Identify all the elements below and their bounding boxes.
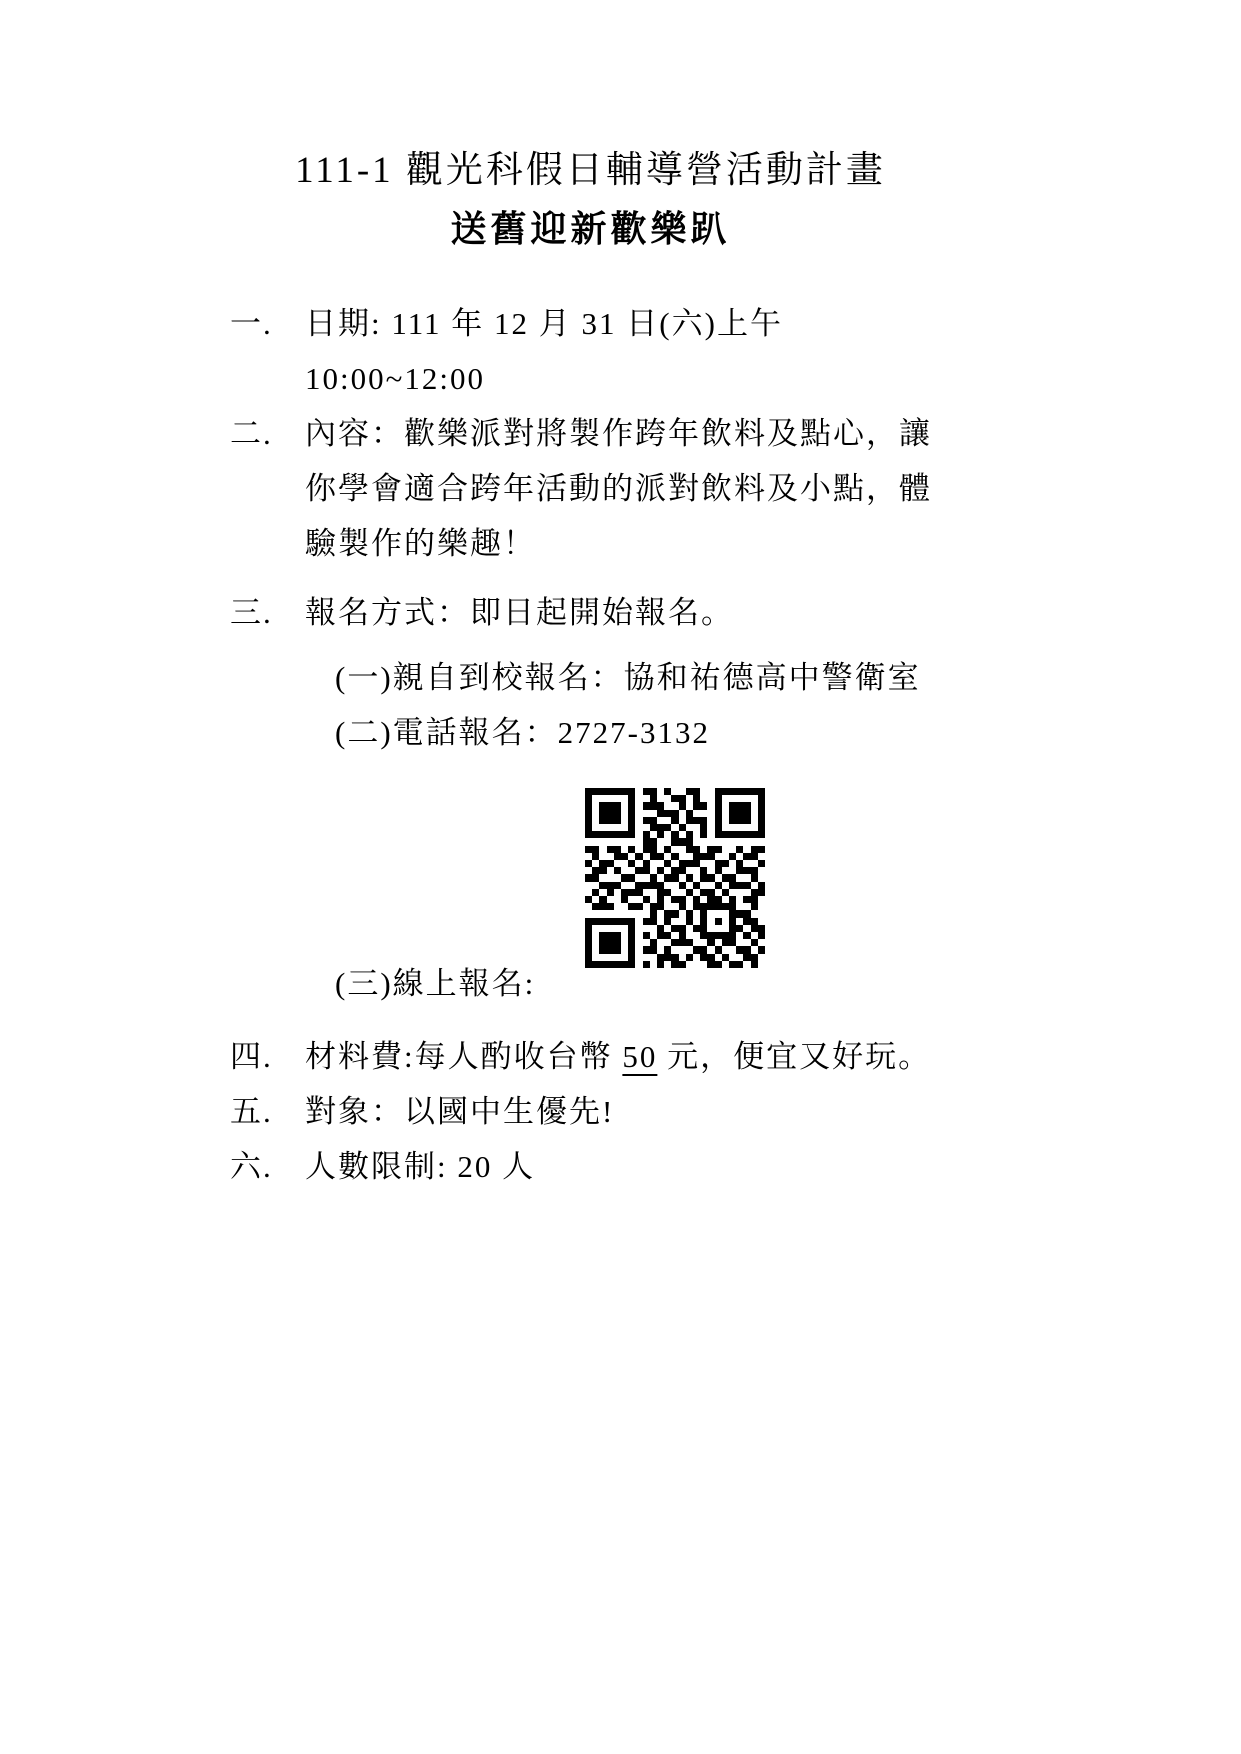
fee-amount: 50 bbox=[622, 1039, 657, 1074]
item-marker: 一. bbox=[230, 296, 305, 406]
list-item-headcount-limit: 六. 人數限制: 20 人 bbox=[230, 1139, 951, 1194]
list-item-registration: 三. 報名方式：即日起開始報名。 bbox=[230, 585, 951, 640]
list-item-material-fee: 四. 材料費:每人酌收台幣 50 元，便宜又好玩。 bbox=[230, 1029, 951, 1084]
item-text: 對象：以國中生優先! bbox=[305, 1084, 951, 1139]
item-marker: 二. bbox=[230, 406, 305, 571]
list-item-content: 二. 內容：歡樂派對將製作跨年飲料及點心，讓你學會適合跨年活動的派對飲料及小點，… bbox=[230, 406, 951, 571]
list-item-target-audience: 五. 對象：以國中生優先! bbox=[230, 1084, 951, 1139]
item-marker: 六. bbox=[230, 1139, 305, 1194]
sub-item-onsite-registration: (一)親自到校報名：協和祐德高中警衛室 bbox=[230, 650, 951, 705]
item-text: 報名方式：即日起開始報名。 bbox=[305, 585, 951, 640]
item-marker: 四. bbox=[230, 1029, 305, 1084]
item-marker: 三. bbox=[230, 585, 305, 640]
fee-text-after: 元，便宜又好玩。 bbox=[657, 1039, 931, 1074]
item-text: 人數限制: 20 人 bbox=[305, 1139, 951, 1194]
item-marker: 五. bbox=[230, 1084, 305, 1139]
registration-qr-code bbox=[585, 788, 765, 968]
item-text: 內容：歡樂派對將製作跨年飲料及點心，讓你學會適合跨年活動的派對飲料及小點，體驗製… bbox=[305, 406, 951, 571]
document-title: 111-1 觀光科假日輔導營活動計畫 bbox=[230, 142, 951, 200]
document-page: 111-1 觀光科假日輔導營活動計畫 送舊迎新歡樂趴 一. 日期: 111 年 … bbox=[0, 0, 1241, 1754]
item-text: 日期: 111 年 12 月 31 日(六)上午 10:00~12:00 bbox=[305, 296, 951, 406]
document-subtitle: 送舊迎新歡樂趴 bbox=[230, 200, 951, 258]
numbered-list: 一. 日期: 111 年 12 月 31 日(六)上午 10:00~12:00 … bbox=[230, 296, 951, 1194]
list-item-date: 一. 日期: 111 年 12 月 31 日(六)上午 10:00~12:00 bbox=[230, 296, 951, 406]
item-text: 材料費:每人酌收台幣 50 元，便宜又好玩。 bbox=[305, 1029, 951, 1084]
fee-text-before: 材料費:每人酌收台幣 bbox=[305, 1039, 622, 1074]
sub-item-phone-registration: (二)電話報名：2727-3132 bbox=[230, 705, 951, 760]
